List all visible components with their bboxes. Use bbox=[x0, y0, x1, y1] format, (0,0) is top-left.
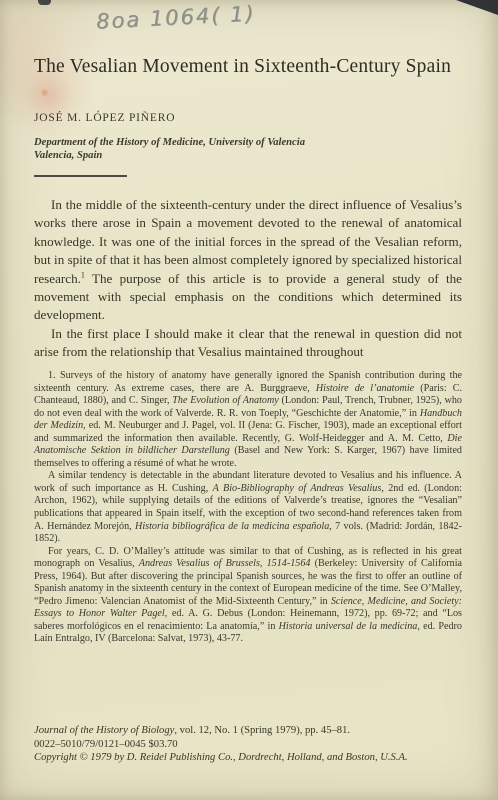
footnotes-block: 1. Surveys of the history of anatomy hav… bbox=[34, 370, 462, 646]
author-name: JOSÉ M. LÓPEZ PIÑERO bbox=[34, 112, 434, 124]
article-body: In the middle of the sixteenth-century u… bbox=[34, 196, 462, 362]
body-paragraph-1: In the middle of the sixteenth-century u… bbox=[34, 196, 462, 325]
affiliation-divider bbox=[34, 175, 127, 177]
journal-footer: Journal of the History of Biology, vol. … bbox=[34, 724, 478, 765]
scanned-page: 8oa 1064( 1) The Vesalian Movement in Si… bbox=[0, 0, 498, 800]
article-title: The Vesalian Movement in Sixteenth-Centu… bbox=[34, 56, 466, 78]
footnote-paragraph-2: A similar tendency is detectable in the … bbox=[34, 470, 462, 545]
issn-price-line: 0022–5010/79/0121–0045 $03.70 bbox=[34, 738, 478, 752]
footnote-paragraph-1: 1. Surveys of the history of anatomy hav… bbox=[34, 370, 462, 470]
handwritten-shelf-mark: 8oa 1064( 1) bbox=[96, 0, 317, 34]
scan-edge-speck bbox=[38, 0, 51, 5]
journal-citation-line: Journal of the History of Biology, vol. … bbox=[34, 724, 478, 738]
affiliation-line-2: Valencia, Spain bbox=[34, 149, 454, 162]
scan-corner-artifact bbox=[456, 0, 498, 15]
paper-stain bbox=[40, 88, 49, 97]
copyright-line: Copyright © 1979 by D. Reidel Publishing… bbox=[34, 751, 478, 765]
affiliation-line-1: Department of the History of Medicine, U… bbox=[34, 136, 454, 149]
body-paragraph-2: In the first place I should make it clea… bbox=[34, 325, 462, 362]
author-affiliation: Department of the History of Medicine, U… bbox=[34, 136, 454, 162]
footnote-paragraph-3: For years, C. D. O’Malley’s attitude was… bbox=[34, 546, 462, 646]
